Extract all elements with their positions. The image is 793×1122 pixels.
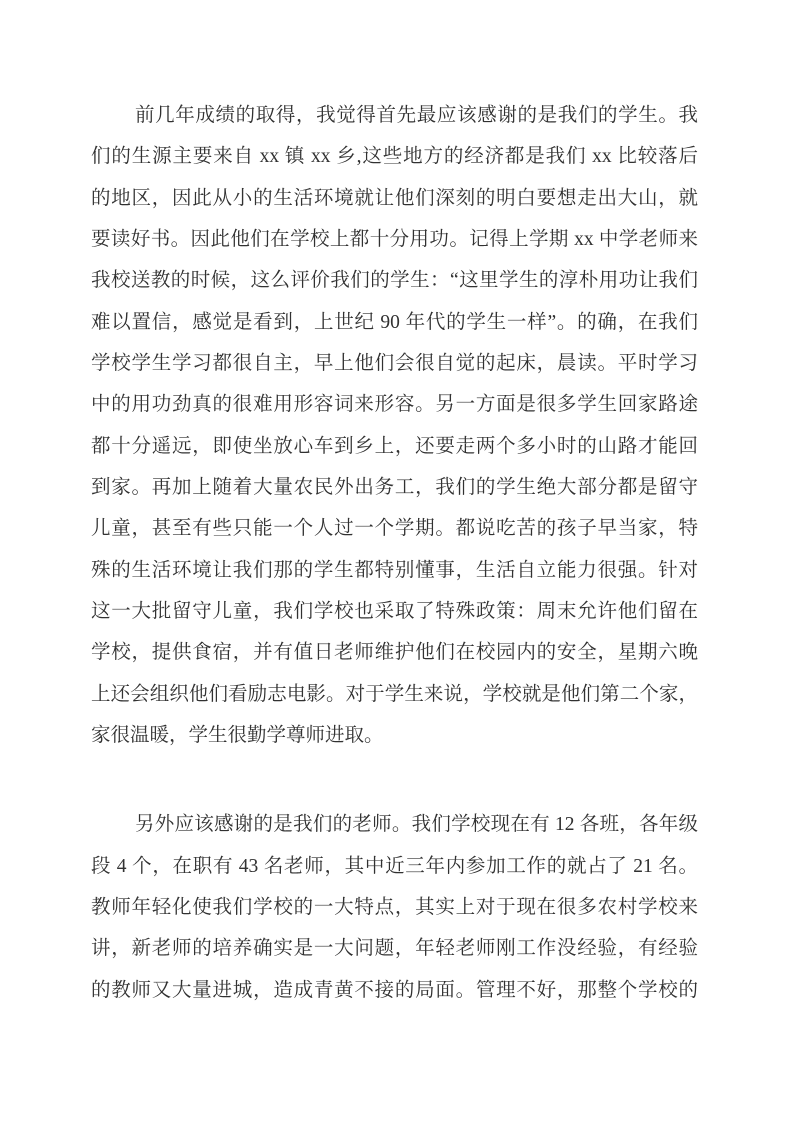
text-line: 难以置信，感觉是看到，上世纪 90 年代的学生一样”。的确，在我们 [91, 302, 698, 343]
document-page: 前几年成绩的取得，我觉得首先最应该感谢的是我们的学生。我们的生源主要来自 xx … [0, 0, 793, 1122]
text-line: 前几年成绩的取得，我觉得首先最应该感谢的是我们的学生。我 [91, 95, 698, 136]
text-line: 另外应该感谢的是我们的老师。我们学校现在有 12 各班，各年级 [91, 804, 698, 845]
text-line: 教师年轻化使我们学校的一大特点，其实上对于现在很多农村学校来 [91, 887, 698, 928]
text-line: 我校送教的时候，这么评价我们的学生：“这里学生的淳朴用功让我们 [91, 260, 698, 301]
text-line: 讲，新老师的培养确实是一大问题，年轻老师刚工作没经验，有经验 [91, 928, 698, 969]
text-line: 到家。再加上随着大量农民外出务工，我们的学生绝大部分都是留守 [91, 467, 698, 508]
text-line: 学校，提供食宿，并有值日老师维护他们在校园内的安全，星期六晚 [91, 632, 698, 673]
text-line: 们的生源主要来自 xx 镇 xx 乡,这些地方的经济都是我们 xx 比较落后 [91, 136, 698, 177]
text-line: 都十分遥远，即使坐放心车到乡上，还要走两个多小时的山路才能回 [91, 426, 698, 467]
text-line: 段 4 个，在职有 43 名老师，其中近三年内参加工作的就占了 21 名。 [91, 846, 698, 887]
text-line: 儿童，甚至有些只能一个人过一个学期。都说吃苦的孩子早当家，特 [91, 508, 698, 549]
text-line: 要读好书。因此他们在学校上都十分用功。记得上学期 xx 中学老师来 [91, 219, 698, 260]
text-line: 的地区，因此从小的生活环境就让他们深刻的明白要想走出大山，就 [91, 178, 698, 219]
text-line: 家很温暖，学生很勤学尊师进取。 [91, 715, 698, 756]
text-line: 上还会组织他们看励志电影。对于学生来说，学校就是他们第二个家， [91, 674, 698, 715]
text-line: 殊的生活环境让我们那的学生都特别懂事，生活自立能力很强。针对 [91, 550, 698, 591]
text-line: 的教师又大量进城，造成青黄不接的局面。管理不好，那整个学校的 [91, 970, 698, 1011]
text-line: 学校学生学习都很自主，早上他们会很自觉的起床，晨读。平时学习 [91, 343, 698, 384]
paragraph: 前几年成绩的取得，我觉得首先最应该感谢的是我们的学生。我们的生源主要来自 xx … [91, 95, 698, 756]
text-line: 这一大批留守儿童，我们学校也采取了特殊政策：周末允许他们留在 [91, 591, 698, 632]
text-line: 中的用功劲真的很难用形容词来形容。另一方面是很多学生回家路途 [91, 384, 698, 425]
document-body: 前几年成绩的取得，我觉得首先最应该感谢的是我们的学生。我们的生源主要来自 xx … [91, 95, 698, 1011]
paragraph: 另外应该感谢的是我们的老师。我们学校现在有 12 各班，各年级段 4 个，在职有… [91, 804, 698, 1011]
